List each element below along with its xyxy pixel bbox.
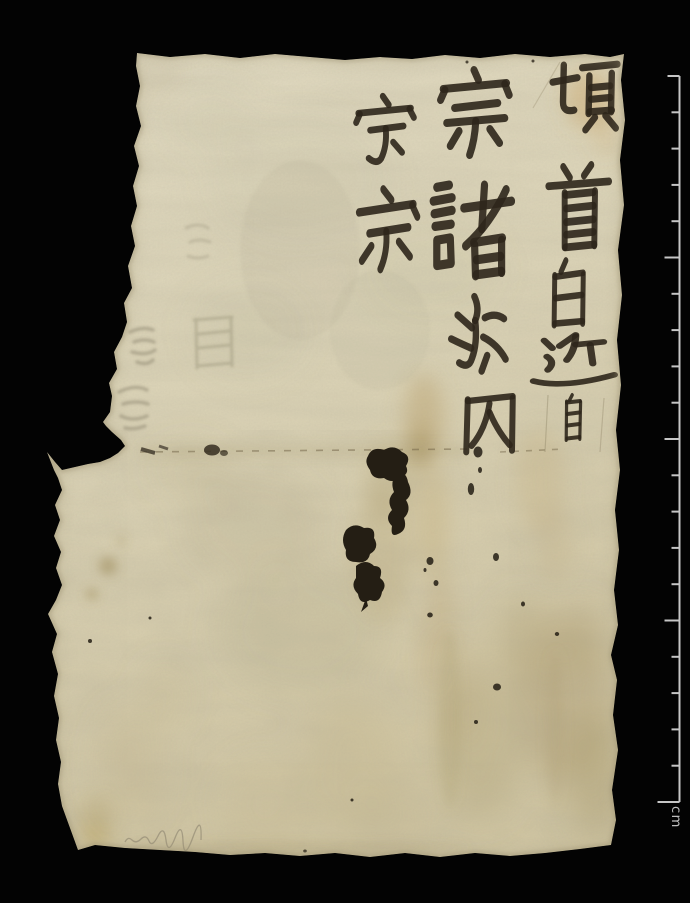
crease-ink-mark [220, 450, 228, 456]
scale-unit-label: cm [668, 806, 683, 829]
photo-canvas: cm 頓首白近自 宗諸承内 宗宗 [0, 0, 690, 903]
photograph: cm 頓首白近自 宗諸承内 宗宗 [0, 0, 690, 903]
transcription-column-3: 宗宗 [350, 145, 470, 215]
crease-ink-mark [204, 445, 220, 456]
